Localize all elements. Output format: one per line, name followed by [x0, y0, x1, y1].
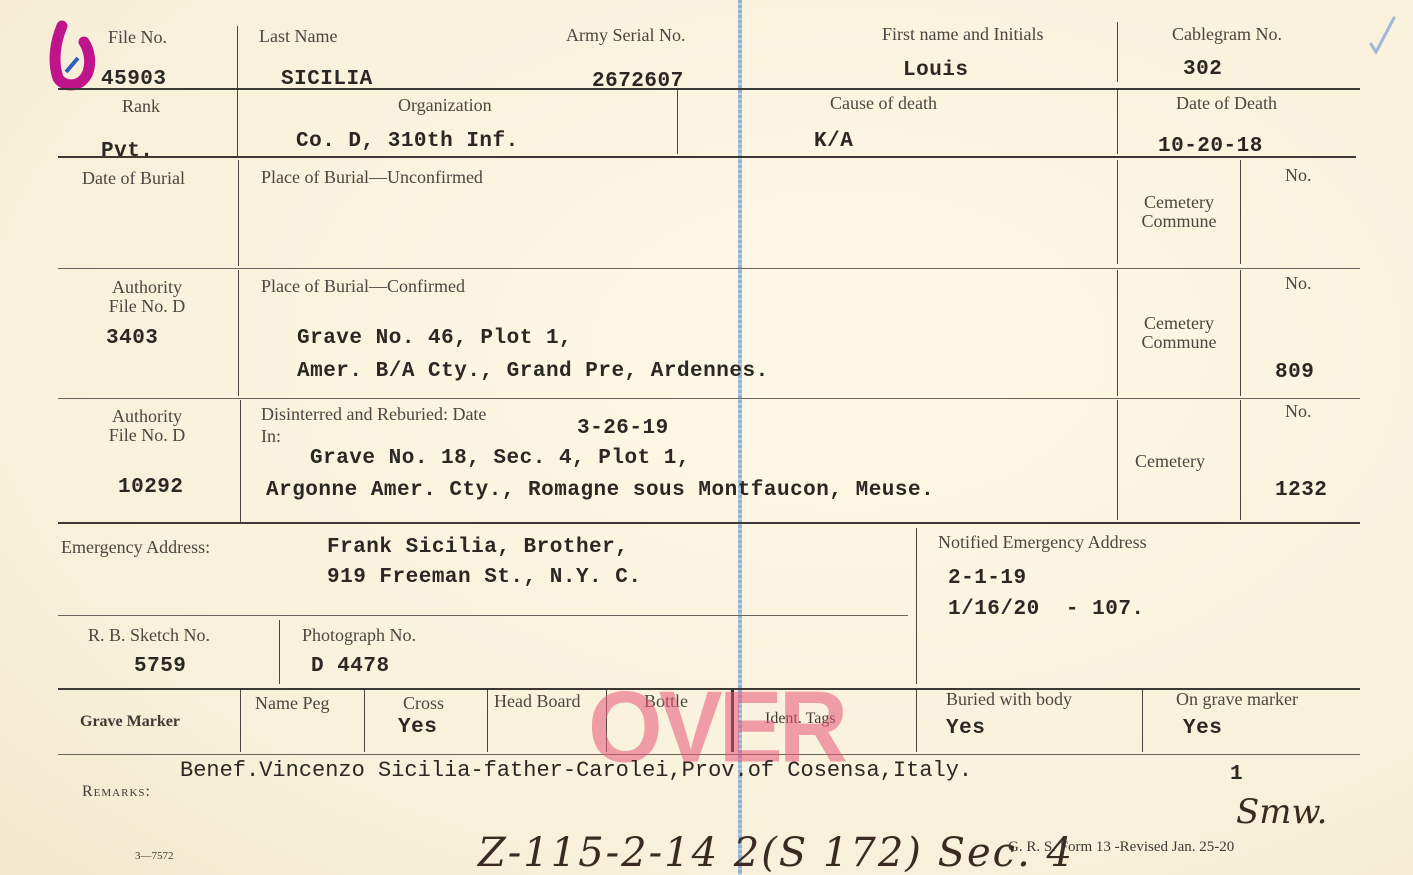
on-grave-marker-value: Yes: [1183, 717, 1222, 740]
divider: [1240, 270, 1241, 396]
reburied-line2: Argonne Amer. Cty., Romagne sous Montfau…: [266, 479, 934, 502]
remarks-text: Benef.Vincenzo Sicilia-father-Carolei,Pr…: [180, 758, 972, 783]
authority-value: 3403: [106, 327, 158, 350]
buried-with-body-label: Buried with body: [946, 690, 1072, 709]
sketch-value: 5759: [134, 655, 186, 678]
divider: [238, 160, 239, 266]
cemetery-label: Cemetery Commune: [1130, 314, 1228, 352]
authority-label: Authority File No. D: [90, 407, 204, 445]
place-unconfirmed-label: Place of Burial—Unconfirmed: [261, 168, 483, 187]
rank-value: Pvt.: [101, 140, 153, 163]
check-mark-icon: [48, 20, 98, 92]
cause-of-death-label: Cause of death: [830, 94, 937, 113]
divider: [240, 690, 241, 752]
no-label: No.: [1285, 274, 1312, 293]
reburied-label: Disinterred and Reburied: Date: [261, 405, 486, 424]
authority-value: 10292: [118, 476, 184, 499]
handwritten-note: Z-115-2-14 2(S 172) Sec. 4: [478, 830, 1074, 875]
divider: [237, 90, 238, 156]
rule: [58, 522, 1360, 524]
file-no-d-text: File No. D: [90, 426, 204, 445]
buried-with-body-value: Yes: [946, 717, 985, 740]
date-of-death-label: Date of Death: [1176, 94, 1277, 113]
divider: [1240, 160, 1241, 264]
place-confirmed-line1: Grave No. 46, Plot 1,: [297, 327, 572, 350]
emergency-line2: 919 Freeman St., N.Y. C.: [327, 566, 641, 589]
check-mark-icon: [1368, 14, 1398, 56]
reburied-line1: Grave No. 18, Sec. 4, Plot 1,: [310, 447, 690, 470]
first-name-value: Louis: [903, 59, 969, 82]
name-peg-label: Name Peg: [255, 694, 329, 713]
remarks-label: Remarks:: [82, 783, 151, 801]
cemetery-label: Cemetery Commune: [1130, 193, 1228, 231]
notified-line1: 2-1-19: [948, 567, 1027, 590]
remarks-count: 1: [1230, 763, 1243, 786]
army-serial-label: Army Serial No.: [566, 26, 685, 45]
cemetery-text: Cemetery: [1130, 314, 1228, 333]
divider: [1142, 690, 1143, 752]
cablegram-label: Cablegram No.: [1172, 25, 1282, 44]
place-confirmed-line2: Amer. B/A Cty., Grand Pre, Ardennes.: [297, 360, 769, 383]
rule: [58, 398, 1360, 399]
rule: [58, 268, 1360, 269]
divider: [1117, 160, 1118, 264]
commune-text: Commune: [1130, 333, 1228, 352]
place-confirmed-label: Place of Burial—Confirmed: [261, 277, 465, 296]
file-no-label: File No.: [108, 28, 167, 47]
rule: [58, 615, 908, 616]
date-of-death-value: 10-20-18: [1158, 135, 1263, 158]
no-value: 809: [1275, 361, 1314, 384]
divider: [677, 90, 678, 154]
divider: [1240, 400, 1241, 520]
file-no-d-text: File No. D: [90, 297, 204, 316]
form-code: 3—7572: [135, 850, 174, 862]
grave-marker-label: Grave Marker: [80, 713, 180, 731]
notified-label: Notified Emergency Address: [938, 533, 1147, 552]
divider: [238, 270, 239, 396]
no-value: 1232: [1275, 479, 1327, 502]
divider: [1117, 270, 1118, 396]
authority-label: Authority File No. D: [90, 278, 204, 316]
commune-text: Commune: [1130, 212, 1228, 231]
photo-label: Photograph No.: [302, 626, 416, 645]
organization-label: Organization: [398, 96, 492, 115]
sketch-label: R. B. Sketch No.: [88, 626, 210, 645]
authority-text: Authority: [90, 278, 204, 297]
rank-label: Rank: [122, 97, 160, 116]
authority-text: Authority: [90, 407, 204, 426]
divider: [1117, 90, 1118, 154]
photo-value: D 4478: [311, 655, 390, 678]
cablegram-value: 302: [1183, 58, 1222, 81]
divider: [1117, 22, 1118, 82]
cemetery-label: Cemetery: [1135, 452, 1205, 471]
emergency-line1: Frank Sicilia, Brother,: [327, 536, 628, 559]
cemetery-text: Cemetery: [1130, 193, 1228, 212]
on-grave-marker-label: On grave marker: [1176, 690, 1298, 709]
head-board-label: Head Board: [494, 692, 580, 711]
organization-value: Co. D, 310th Inf.: [296, 130, 519, 153]
divider: [916, 690, 917, 752]
no-label: No.: [1285, 166, 1312, 185]
divider: [364, 690, 365, 752]
notified-line2: 1/16/20 - 107.: [948, 598, 1145, 621]
cross-value: Yes: [398, 716, 437, 739]
burial-record-card: File No. 45903 Last Name SICILIA Army Se…: [0, 0, 1413, 875]
date-of-burial-label: Date of Burial: [82, 169, 185, 188]
cross-label: Cross: [403, 694, 444, 713]
divider: [916, 528, 917, 684]
form-name: G. R. S. Form 13 -Revised Jan. 25-20: [1008, 839, 1234, 856]
last-name-label: Last Name: [259, 27, 337, 46]
first-name-label: First name and Initials: [882, 25, 1043, 44]
rule: [58, 156, 1356, 158]
divider: [1117, 400, 1118, 520]
initials-signature: Smw.: [1236, 792, 1327, 832]
rule: [58, 88, 1360, 90]
reburied-date: 3-26-19: [577, 417, 669, 440]
divider: [240, 400, 241, 522]
divider: [279, 620, 280, 684]
no-label: No.: [1285, 402, 1312, 421]
emergency-label: Emergency Address:: [61, 538, 210, 557]
divider: [487, 690, 488, 752]
cause-of-death-value: K/A: [814, 130, 853, 153]
divider: [237, 26, 238, 88]
in-label: In:: [261, 427, 281, 446]
